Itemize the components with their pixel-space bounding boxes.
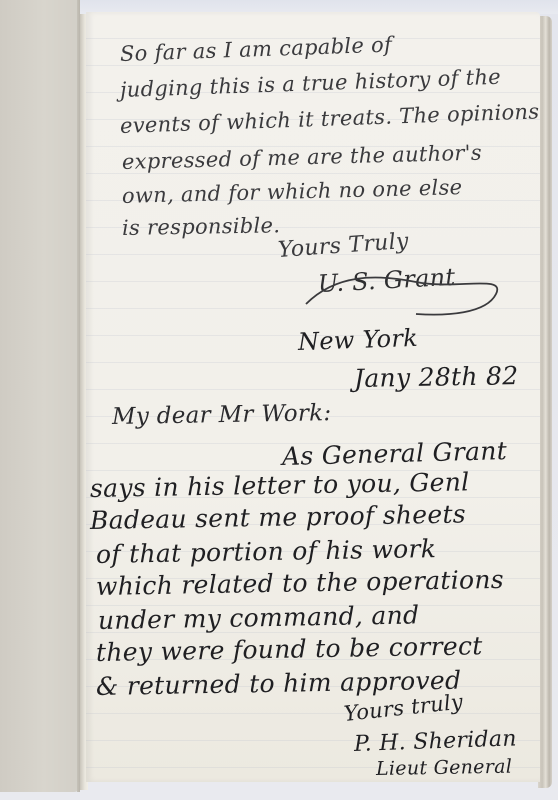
body-line-1: As General Grant: [282, 436, 508, 471]
sheridan-title: Lieut General: [376, 756, 513, 780]
letter-place: New York: [298, 324, 419, 356]
letter-date: Jany 28th 82: [354, 361, 519, 393]
left-page: [0, 0, 80, 792]
body-line-4: of that portion of his work: [96, 534, 437, 569]
book-photo: So far as I am capable of judging this i…: [0, 0, 558, 800]
manuscript-page: So far as I am capable of judging this i…: [86, 12, 540, 782]
body-line-6: under my command, and: [98, 600, 420, 635]
grant-line-6: is responsible.: [122, 213, 281, 240]
page-stack-edge: [538, 16, 552, 788]
letter-salutation: My dear Mr Work:: [112, 400, 332, 430]
